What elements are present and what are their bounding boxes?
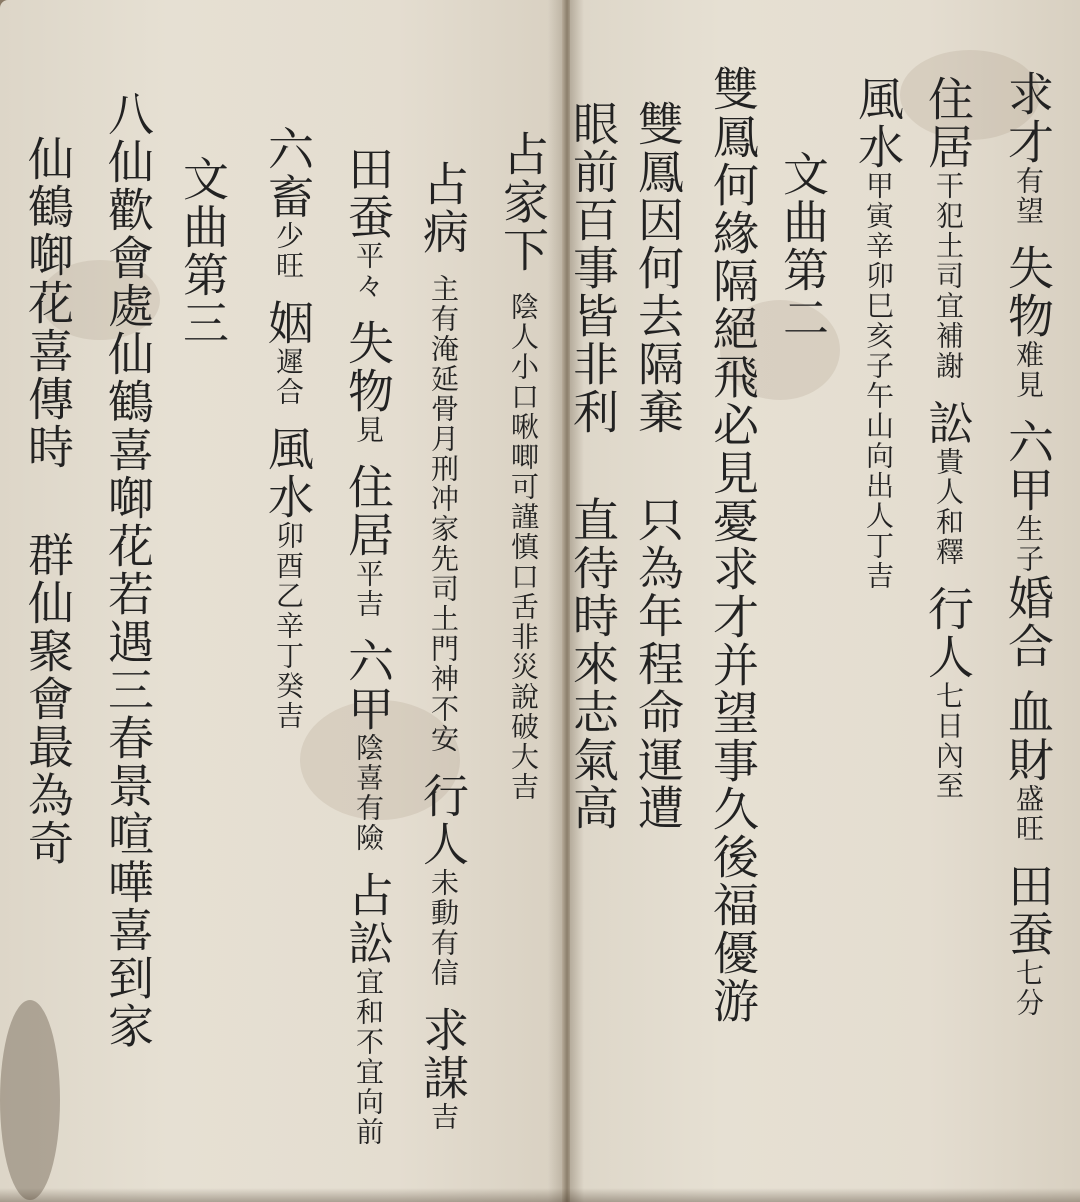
verse-column-r7: 眼前百事皆非利直待時來志氣高: [570, 100, 616, 832]
verse-line-1: 雙鳳因何去隔棄: [631, 100, 685, 436]
annotation-segment: 陰喜有險: [352, 733, 385, 853]
text-column-l1: 占家下陰人小口啾唧可謹慎口舌非災說破大吉: [500, 130, 546, 802]
verse-line-2: 只為年程命運遭: [631, 496, 685, 832]
annotation-segment: 盛旺: [1012, 784, 1045, 844]
verse-column-r5: 雙鳳何緣隔絕飛必見憂求才并望事久後福優游: [710, 65, 756, 1025]
right-page: 求才有望失物难見六甲生子婚合血財盛旺田蚕七分 住居干犯土司宜補謝訟貴人和釋行人七…: [570, 0, 1080, 1202]
verse-line-1: 眼前百事皆非利: [566, 100, 620, 436]
text-column-l3: 田蚕平々失物見住居平吉六甲陰喜有險占訟宜和不宜向前: [345, 145, 391, 1147]
text-column-r2: 住居干犯土司宜補謝訟貴人和釋行人七日內至: [925, 75, 971, 801]
annotation-segment: 平々: [352, 241, 385, 301]
annotation-segment: 平吉: [352, 559, 385, 619]
text-column-l4: 六畜少旺姻遲合風水卯酉乙辛丁癸吉: [265, 125, 311, 731]
heading-segment: 占訟: [341, 871, 395, 967]
annotation-segment: 甲寅辛卯巳亥子午山向出人丁吉: [862, 171, 895, 591]
annotation-segment: 难見: [1012, 340, 1045, 400]
heading-segment: 田蚕: [341, 145, 395, 241]
section-title-text: 文曲第二: [776, 150, 830, 342]
heading-segment: 田蚕: [1001, 862, 1055, 958]
heading-segment: 住居: [341, 463, 395, 559]
annotation-segment: 陰人小口啾唧可謹慎口舌非災說破大吉: [507, 292, 540, 802]
heading-segment: 六甲: [341, 637, 395, 733]
heading-segment: 風水: [851, 75, 905, 171]
annotation-segment: 七日內至: [932, 681, 965, 801]
heading-segment: 失物: [341, 319, 395, 415]
page-bottom-edge: [0, 1188, 1080, 1202]
annotation-segment: 七分: [1012, 958, 1045, 1018]
annotation-segment: 遲合: [272, 347, 305, 407]
verse-column-l6: 八仙歡會處仙鶴喜啣花若遇三春景喧嘩喜到家: [105, 90, 151, 1050]
heading-segment: 風水: [261, 425, 315, 521]
verse-text: 八仙歡會處仙鶴喜啣花若遇三春景喧嘩喜到家: [101, 90, 155, 1050]
annotation-segment: 貴人和釋: [932, 447, 965, 567]
section-title-wenqu-2: 文曲第二: [780, 150, 826, 342]
section-title-text: 文曲第三: [176, 155, 230, 347]
annotation-segment: 未動有信: [427, 868, 460, 988]
heading-segment: 婚合: [1001, 574, 1055, 670]
annotation-segment: 卯酉乙辛丁癸吉: [272, 521, 305, 731]
annotation-segment: 吉: [427, 1102, 460, 1132]
annotation-segment: 干犯土司宜補謝: [932, 171, 965, 381]
verse-line-2: 群仙聚會最為奇: [21, 531, 75, 867]
text-column-r3: 風水甲寅辛卯巳亥子午山向出人丁吉: [855, 75, 901, 591]
annotation-segment: 有望: [1012, 166, 1045, 226]
heading-segment: 血財: [1001, 688, 1055, 784]
heading-segment: 姻: [261, 299, 315, 347]
heading-segment: 占病: [416, 160, 470, 256]
heading-segment: 求謀: [416, 1006, 470, 1102]
left-page: 占家下陰人小口啾唧可謹慎口舌非災說破大吉 占病主有淹延骨月刑冲家先司土門神不安行…: [0, 0, 566, 1202]
verse-text: 雙鳳何緣隔絕飛必見憂求才并望事久後福優游: [706, 65, 760, 1025]
verse-line-2: 直待時來志氣高: [566, 496, 620, 832]
manuscript-spread: 占家下陰人小口啾唧可謹慎口舌非災說破大吉 占病主有淹延骨月刑冲家先司土門神不安行…: [0, 0, 1080, 1202]
text-column-r1: 求才有望失物难見六甲生子婚合血財盛旺田蚕七分: [1005, 70, 1051, 1018]
text-column-l2: 占病主有淹延骨月刑冲家先司土門神不安行人未動有信求謀吉: [420, 160, 466, 1132]
heading-segment: 六畜: [261, 125, 315, 221]
heading-segment: 訟: [921, 399, 975, 447]
annotation-segment: 宜和不宜向前: [352, 967, 385, 1147]
worn-edge: [0, 1000, 60, 1200]
heading-segment: 住居: [921, 75, 975, 171]
annotation-segment: 生子: [1012, 514, 1045, 574]
heading-segment: 失物: [1001, 244, 1055, 340]
heading-segment: 行人: [921, 585, 975, 681]
verse-line-1: 仙鶴啣花喜傳時: [21, 135, 75, 471]
verse-column-l7: 仙鶴啣花喜傳時群仙聚會最為奇: [25, 135, 71, 867]
heading-segment: 占家下: [496, 130, 550, 274]
heading-segment: 求才: [1001, 70, 1055, 166]
annotation-segment: 少旺: [272, 221, 305, 281]
annotation-segment: 見: [352, 415, 385, 445]
heading-segment: 六甲: [1001, 418, 1055, 514]
section-title-wenqu-3: 文曲第三: [180, 155, 226, 347]
annotation-segment: 主有淹延骨月刑冲家先司土門神不安: [427, 274, 460, 754]
heading-segment: 行人: [416, 772, 470, 868]
verse-column-r6: 雙鳳因何去隔棄只為年程命運遭: [635, 100, 681, 832]
